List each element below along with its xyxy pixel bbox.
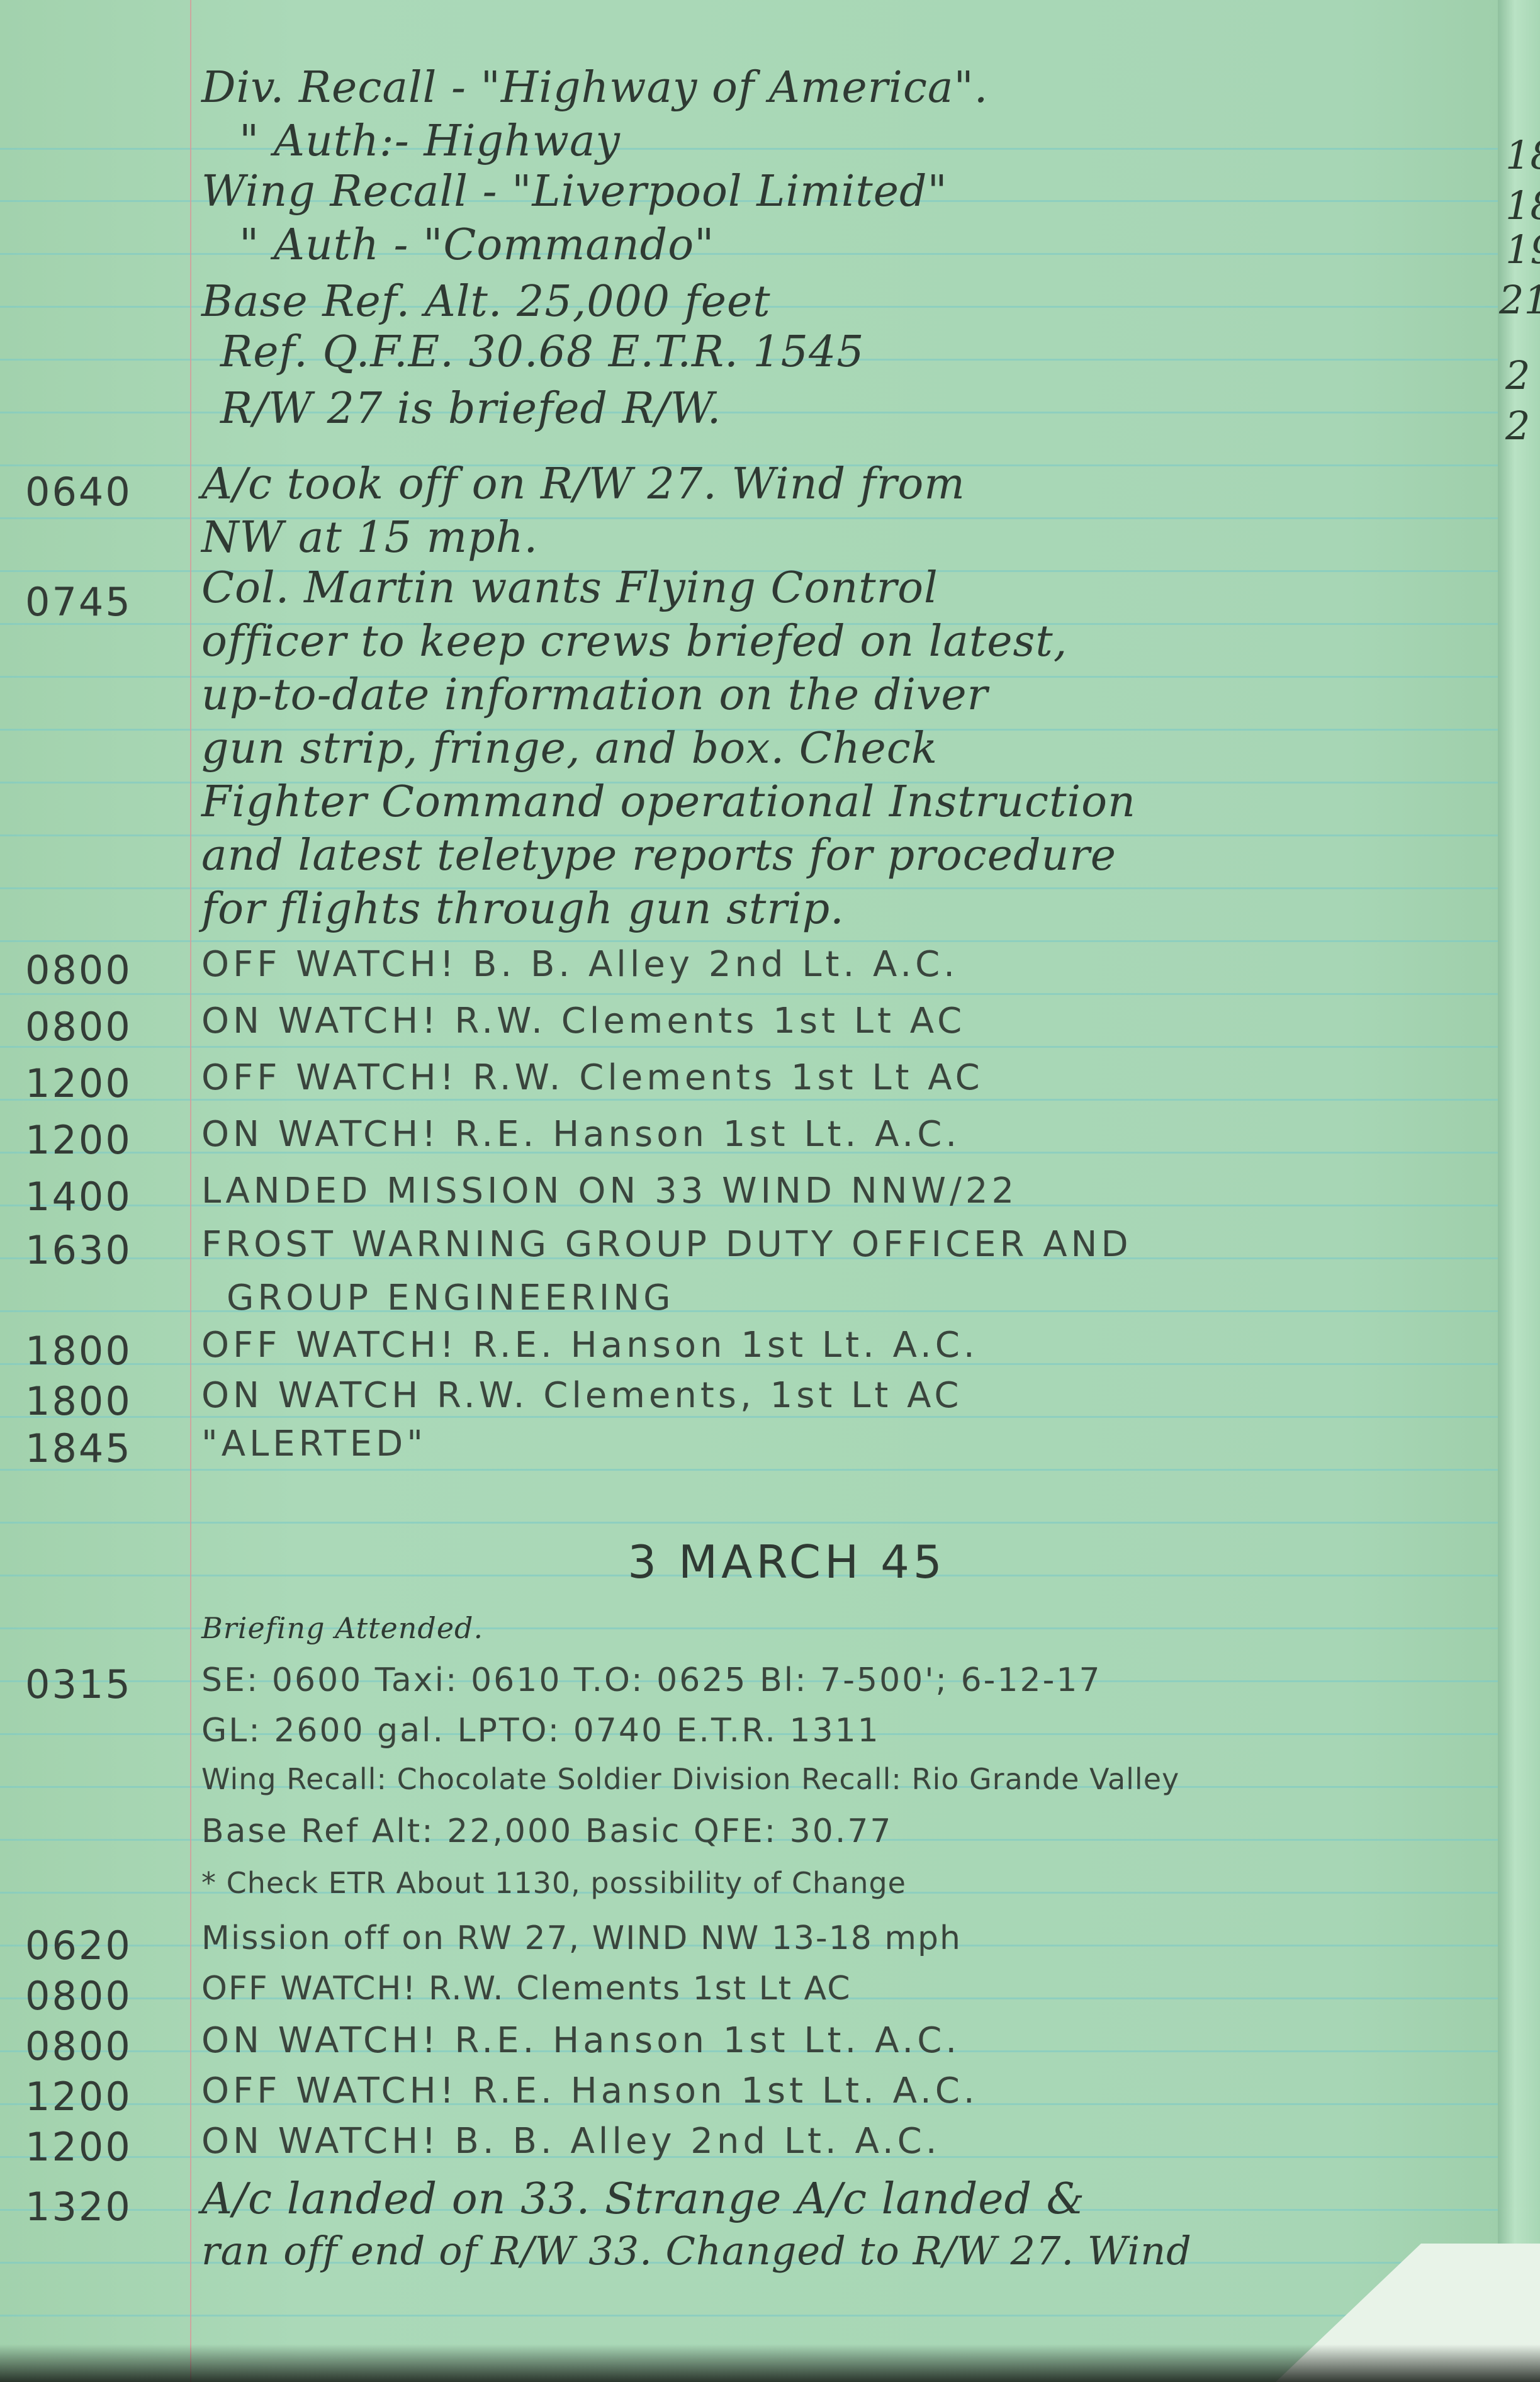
entry-text: Wing Recall: Chocolate Soldier Division … (201, 1762, 1460, 1796)
entry-text: ON WATCH! R.E. Hanson 1st Lt. A.C. (201, 2020, 1460, 2061)
entry-time: 1800 (25, 1328, 183, 1374)
ruling-line (0, 2315, 1498, 2317)
ruling-line (0, 1046, 1498, 1048)
entry-time: 1630 (25, 1227, 183, 1273)
facing-page-fragment: 19 (1505, 227, 1540, 272)
page-bottom-shadow (0, 2344, 1540, 2382)
entry-time: 0800 (25, 1973, 183, 2019)
ruling-line (0, 1416, 1498, 1418)
ruling-line (0, 1099, 1498, 1101)
entry-time: 1320 (25, 2184, 183, 2230)
entry-text: Base Ref Alt: 22,000 Basic QFE: 30.77 (201, 1812, 1460, 1850)
date-heading: 3 MARCH 45 (0, 1536, 1498, 1588)
header-line-wing-auth: " Auth - "Commando" (239, 220, 1460, 270)
entry-text: ON WATCH! R.W. Clements 1st Lt AC (201, 1001, 1460, 1042)
entry-time: 0640 (25, 469, 183, 515)
facing-page-fragment: 2 (1505, 352, 1530, 398)
header-line-div-auth: " Auth:- Highway (239, 116, 1460, 166)
entry-text: "ALERTED" (201, 1424, 1460, 1464)
entry-time: 1200 (25, 1117, 183, 1163)
entry-text: Mission off on RW 27, WIND NW 13-18 mph (201, 1919, 1460, 1957)
entry-text: OFF WATCH! R.W. Clements 1st Lt AC (201, 1057, 1460, 1098)
entry-time: 1200 (25, 2074, 183, 2120)
entry-time: 1400 (25, 1174, 183, 1220)
ruling-line (0, 940, 1498, 942)
entry-text: NW at 15 mph. (201, 513, 1460, 563)
header-line-wing-recall: Wing Recall - "Liverpool Limited" (201, 167, 1460, 216)
facing-page-fragment: 21 (1499, 277, 1540, 323)
entry-time: 0800 (25, 1004, 183, 1050)
entry-time: 1200 (25, 1060, 183, 1106)
entry-text: Fighter Command operational Instruction (201, 777, 1460, 827)
facing-page-fragment: 2 (1505, 403, 1530, 449)
entry-text: FROST WARNING GROUP DUTY OFFICER AND (201, 1224, 1460, 1265)
entry-text: OFF WATCH! R.E. Hanson 1st Lt. A.C. (201, 1325, 1460, 1366)
entry-text: up-to-date information on the diver (201, 670, 1460, 720)
entry-text: gun strip, fringe, and box. Check (201, 724, 1460, 773)
header-line-base-ref-alt: Base Ref. Alt. 25,000 feet (201, 277, 1460, 327)
entry-text: for flights through gun strip. (201, 884, 1460, 934)
entry-text: ON WATCH! B. B. Alley 2nd Lt. A.C. (201, 2121, 1460, 2162)
entry-text: ON WATCH! R.E. Hanson 1st Lt. A.C. (201, 1114, 1460, 1155)
entry-time: 0800 (25, 2023, 183, 2069)
ruling-line (0, 993, 1498, 995)
margin-line (190, 0, 191, 2382)
entry-text: ran off end of R/W 33. Changed to R/W 27… (201, 2228, 1460, 2274)
entry-text: GL: 2600 gal. LPTO: 0740 E.T.R. 1311 (201, 1712, 1460, 1750)
briefing-note: Briefing Attended. (201, 1611, 1460, 1645)
entry-text: * Check ETR About 1130, possibility of C… (201, 1866, 1460, 1900)
entry-text: OFF WATCH! R.W. Clements 1st Lt AC (201, 1970, 1460, 2008)
entry-text: OFF WATCH! B. B. Alley 2nd Lt. A.C. (201, 944, 1460, 985)
entry-text: SE: 0600 Taxi: 0610 T.O: 0625 Bl: 7-500'… (201, 1661, 1460, 1699)
entry-text: officer to keep crews briefed on latest, (201, 617, 1460, 666)
entry-text: and latest teletype reports for procedur… (201, 831, 1460, 880)
facing-page-fragment: 18 (1505, 183, 1540, 228)
entry-text: Col. Martin wants Flying Control (201, 563, 1460, 613)
entry-text: ON WATCH R.W. Clements, 1st Lt AC (201, 1375, 1460, 1416)
entry-text: A/c landed on 33. Strange A/c landed & (201, 2174, 1460, 2224)
entry-time: 0620 (25, 1923, 183, 1969)
entry-time: 0745 (25, 579, 183, 625)
facing-page-fragment: 18 (1505, 132, 1540, 178)
header-line-div-recall: Div. Recall - "Highway of America". (201, 63, 1460, 113)
entry-text: A/c took off on R/W 27. Wind from (201, 459, 1460, 509)
entry-text: OFF WATCH! R.E. Hanson 1st Lt. A.C. (201, 2070, 1460, 2111)
entry-time: 1800 (25, 1378, 183, 1424)
facing-page-edge: 18 18 19 21 2 2 (1498, 0, 1540, 2382)
ruling-line (0, 1469, 1498, 1471)
entry-time: 1200 (25, 2124, 183, 2170)
ruling-line (0, 1522, 1498, 1524)
entry-time: 0315 (25, 1661, 183, 1707)
entry-text: LANDED MISSION ON 33 WIND NNW/22 (201, 1171, 1460, 1211)
entry-text: GROUP ENGINEERING (227, 1278, 1460, 1318)
entry-time: 1845 (25, 1425, 183, 1471)
header-line-qfe-etr: Ref. Q.F.E. 30.68 E.T.R. 1545 (220, 327, 1460, 377)
header-line-briefed-rw: R/W 27 is briefed R/W. (220, 384, 1460, 434)
log-page: Div. Recall - "Highway of America". " Au… (0, 0, 1498, 2382)
entry-time: 0800 (25, 947, 183, 993)
